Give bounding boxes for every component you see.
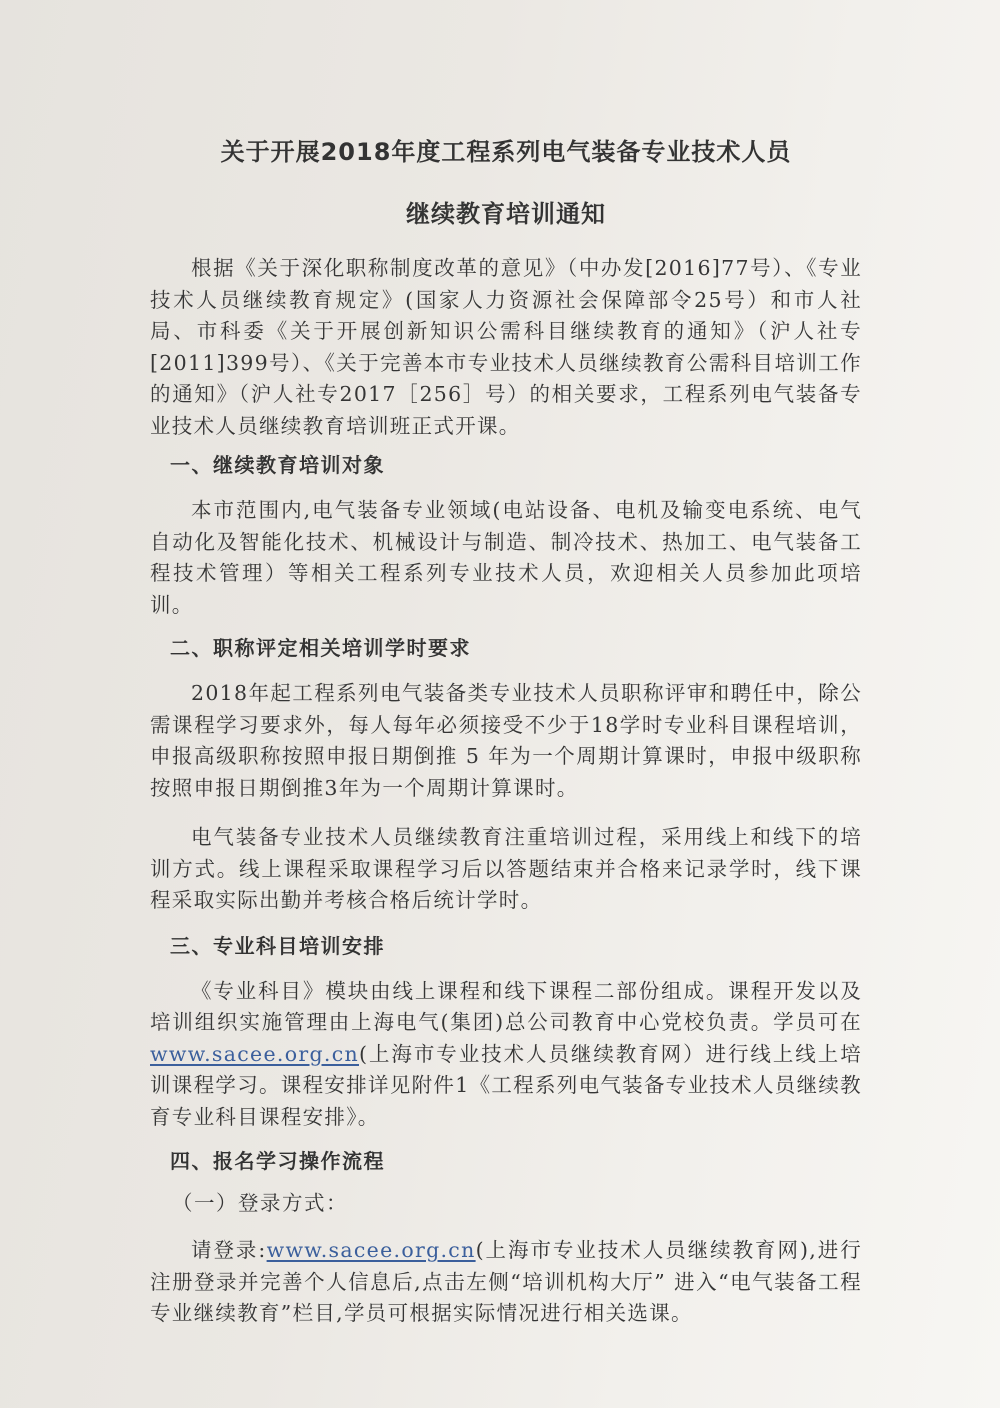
section-3-text-before-link: 《专业科目》模块由线上课程和线下课程二部份组成。课程开发以及培训组织实施管理由上… <box>150 979 862 1035</box>
section-1-paragraph: 本市范围内,电气装备专业领域(电站设备、电机及输变电系统、电气自动化及智能化技术… <box>150 495 862 621</box>
section-4-text-before-link: 请登录: <box>191 1238 267 1262</box>
section-4-paragraph: 请登录:www.sacee.org.cn(上海市专业技术人员继续教育网),进行注… <box>150 1235 862 1330</box>
section-3-heading: 三、专业科目培训安排 <box>150 931 862 961</box>
section-4-subheading-login: （一）登录方式： <box>150 1188 862 1218</box>
section-1-heading: 一、继续教育培训对象 <box>150 450 862 480</box>
document-title-line-1: 关于开展2018年度工程系列电气装备专业技术人员 <box>150 132 862 172</box>
section-2-paragraph-2: 电气装备专业技术人员继续教育注重培训过程，采用线上和线下的培训方式。线上课程采取… <box>150 822 862 917</box>
document-title-line-2: 继续教育培训通知 <box>150 194 862 234</box>
sacee-login-link[interactable]: www.sacee.org.cn <box>267 1238 476 1262</box>
section-2-paragraph-1: 2018年起工程系列电气装备类专业技术人员职称评审和聘任中，除公需课程学习要求外… <box>150 678 862 804</box>
section-2-heading: 二、职称评定相关培训学时要求 <box>150 633 862 663</box>
sacee-website-link[interactable]: www.sacee.org.cn <box>150 1042 359 1066</box>
section-4-heading: 四、报名学习操作流程 <box>150 1146 862 1176</box>
intro-paragraph: 根据《关于深化职称制度改革的意见》（中办发[2016]77号）、《专业技术人员继… <box>150 253 862 442</box>
section-3-paragraph: 《专业科目》模块由线上课程和线下课程二部份组成。课程开发以及培训组织实施管理由上… <box>150 976 862 1134</box>
document-page: 关于开展2018年度工程系列电气装备专业技术人员 继续教育培训通知 根据《关于深… <box>150 128 862 1330</box>
